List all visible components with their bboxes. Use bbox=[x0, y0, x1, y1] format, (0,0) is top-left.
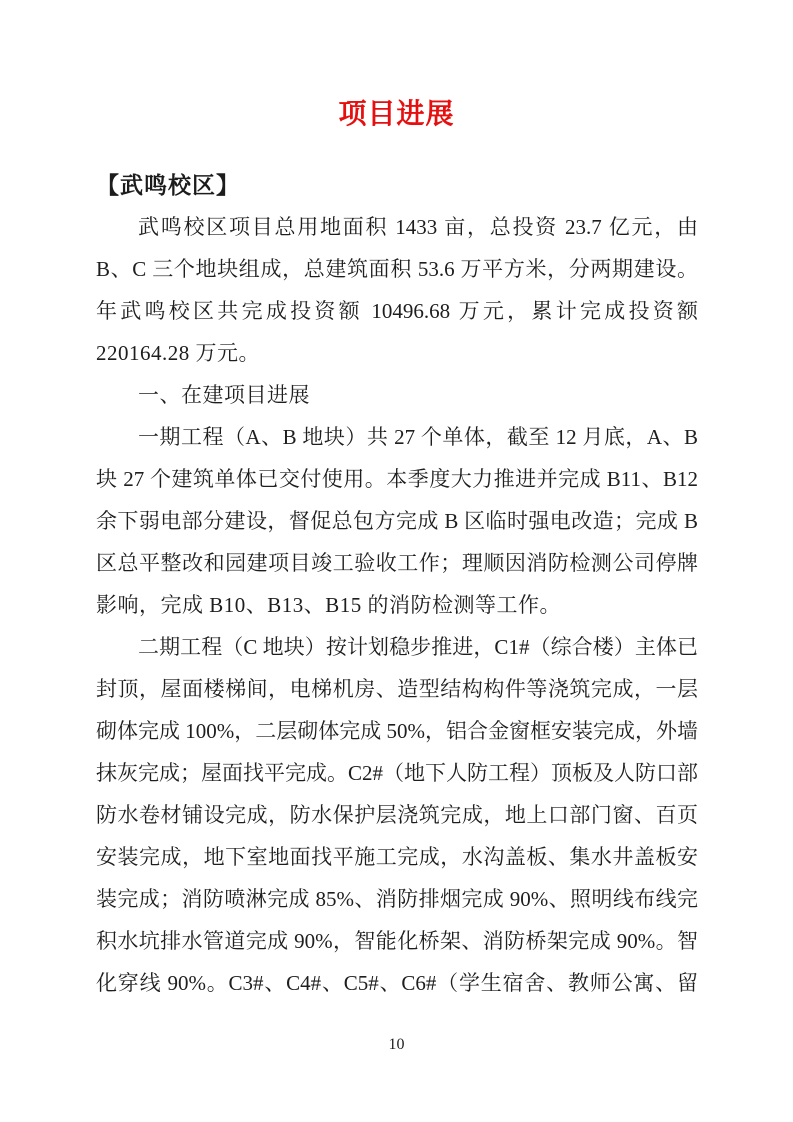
paragraph3-line: 抹灰完成；屋面找平完成。C2#（地下人防工程）顶板及人防口部 bbox=[96, 752, 698, 794]
document-page: 项目进展 【武鸣校区】 武鸣校区项目总用地面积 1433 亩，总投资 23.7 … bbox=[0, 0, 793, 1122]
paragraph3-line: 化穿线 90%。C3#、C4#、C5#、C6#（学生宿舍、教师公寓、留学生 bbox=[96, 962, 698, 1004]
paragraph1-line: 220164.28 万元。 bbox=[96, 332, 698, 374]
subsection-heading: 一、在建项目进展 bbox=[96, 374, 698, 416]
paragraph1-line: 武鸣校区项目总用地面积 1433 亩，总投资 23.7 亿元，由 A、 bbox=[96, 206, 698, 248]
paragraph3-line: 安装完成，地下室地面找平施工完成，水沟盖板、集水井盖板安 bbox=[96, 836, 698, 878]
paragraph3-line: 砌体完成 100%，二层砌体完成 50%，铝合金窗框安装完成，外墙 bbox=[96, 710, 698, 752]
paragraph1-line: B、C 三个地块组成，总建筑面积 53.6 万平方米，分两期建设。2023 bbox=[96, 248, 698, 290]
paragraph3-line: 二期工程（C 地块）按计划稳步推进，C1#（综合楼）主体已 bbox=[96, 626, 698, 668]
paragraph3-line: 防水卷材铺设完成，防水保护层浇筑完成，地上口部门窗、百页 bbox=[96, 794, 698, 836]
paragraph2-line: 区总平整改和园建项目竣工验收工作；理顺因消防检测公司停牌 bbox=[96, 542, 698, 584]
campus-section-heading: 【武鸣校区】 bbox=[96, 167, 698, 200]
body-text-block: 武鸣校区项目总用地面积 1433 亩，总投资 23.7 亿元，由 A、 B、C … bbox=[96, 206, 698, 1004]
paragraph3-line: 积水坑排水管道完成 90%，智能化桥架、消防桥架完成 90%。智能 bbox=[96, 920, 698, 962]
paragraph2-line: 块 27 个建筑单体已交付使用。本季度大力推进并完成 B11、B12 bbox=[96, 458, 698, 500]
paragraph2-line: 余下弱电部分建设，督促总包方完成 B 区临时强电改造；完成 B bbox=[96, 500, 698, 542]
paragraph1-line: 年武鸣校区共完成投资额 10496.68 万元，累计完成投资额 bbox=[96, 290, 698, 332]
paragraph3-line: 封顶，屋面楼梯间，电梯机房、造型结构构件等浇筑完成，一层 bbox=[96, 668, 698, 710]
page-number: 10 bbox=[0, 1036, 793, 1054]
paragraph2-line: 影响，完成 B10、B13、B15 的消防检测等工作。 bbox=[96, 584, 698, 626]
paragraph2-line: 一期工程（A、B 地块）共 27 个单体，截至 12 月底，A、B 地 bbox=[96, 416, 698, 458]
page-title: 项目进展 bbox=[0, 92, 793, 132]
paragraph3-line: 装完成；消防喷淋完成 85%、消防排烟完成 90%、照明线布线完成、 bbox=[96, 878, 698, 920]
